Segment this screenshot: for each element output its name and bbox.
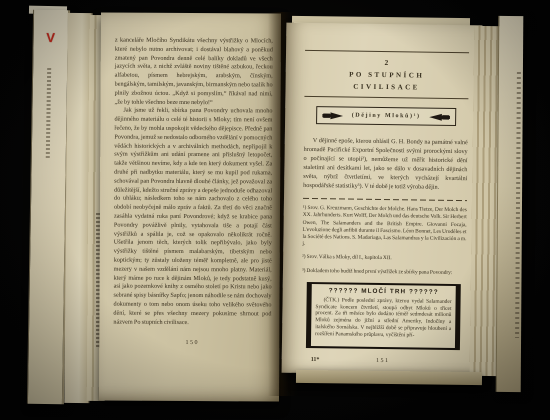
- chapter-rule-top: [305, 50, 469, 53]
- subtitle-box-label: (Dějiny Mloků)¹): [352, 113, 421, 120]
- right-page-footer: 11* 151: [301, 357, 465, 369]
- right-page-paragraph: V dějinné epoše, kterou ohlásil G. H. Bo…: [303, 136, 468, 192]
- right-page-text-column: 2 PO STUPNÍCH CIVILISACE (Dějiny Mloků)¹…: [301, 23, 470, 369]
- left-page-number: 150: [113, 340, 271, 347]
- manicule-right-icon: [322, 111, 344, 120]
- book-photo: V z kanceláře Mločího Syndikátu všechny …: [0, 0, 550, 420]
- chapter-number: 2: [305, 57, 469, 68]
- chapter-rule-bottom: [304, 96, 468, 99]
- left-page-text-column: z kanceláře Mločího Syndikátu všechny vý…: [113, 37, 273, 347]
- bottom-page-edges: [296, 370, 482, 385]
- left-page-paragraph-1: z kanceláře Mločího Syndikátu všechny vý…: [115, 37, 273, 108]
- right-page: 2 PO STUPNÍCH CIVILISACE (Dějiny Mloků)¹…: [282, 23, 483, 376]
- chapter-title-line-1: PO STUPNÍCH: [305, 70, 469, 80]
- footnote-3: ³) Dokladem toho budiž hned první výstři…: [302, 267, 466, 276]
- chapter-title-line-2: CIVILISACE: [305, 82, 469, 92]
- spine-small-print: [46, 68, 51, 160]
- footnote-1: ¹) Srov. G. Kreuzmann, Geschichte der Mo…: [302, 205, 467, 251]
- footnote-separator: [303, 198, 467, 201]
- spine-title-letter: V: [43, 30, 59, 45]
- clipping-body: (ČTK.) Podle poslední zprávy, kterou vyd…: [315, 297, 452, 340]
- left-page-paragraph-2: Jak jsme už řekli, sbírka pana Povondry …: [113, 107, 272, 328]
- manicule-left-icon: [428, 112, 450, 121]
- newspaper-clipping-box: ?????? MLOČÍ TRH ?????? (ČTK.) Podle pos…: [306, 282, 461, 350]
- clipping-headline: ?????? MLOČÍ TRH ??????: [316, 287, 452, 296]
- book-spine: V: [27, 10, 70, 405]
- footnote-2: ²) Srov. Válka s Mloky, díl I., kapitola…: [302, 254, 466, 263]
- left-page: z kanceláře Mločího Syndikátu všechny vý…: [99, 13, 281, 402]
- right-page-number: 151: [301, 357, 465, 365]
- subtitle-box: (Dějiny Mloků)¹): [316, 106, 456, 126]
